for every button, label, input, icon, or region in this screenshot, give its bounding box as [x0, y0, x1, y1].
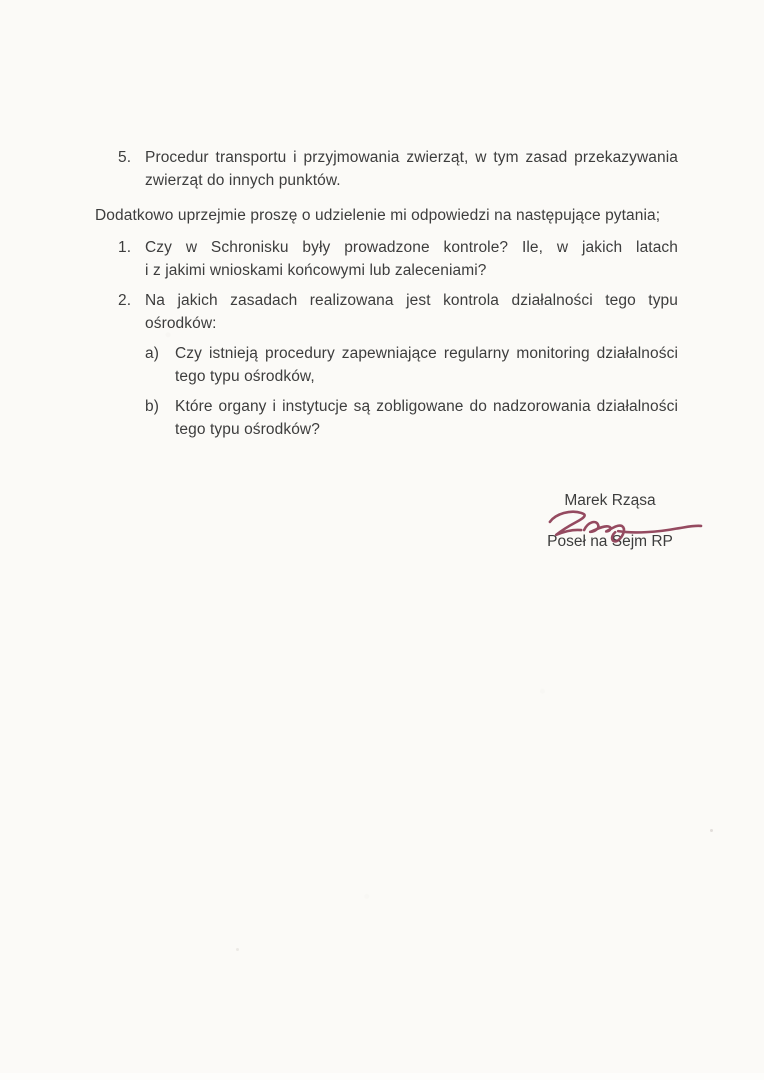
letter-body: 5. Procedur transportu i przyjmowania zw… — [95, 146, 678, 441]
text-line: i z jakimi wnioskami końcowymi lub zalec… — [145, 259, 678, 282]
text-line: zwierząt do innych punktów. — [145, 169, 678, 192]
list-number: 5. — [95, 146, 145, 192]
text-line: Czy istnieją procedury zapewniające regu… — [175, 342, 678, 365]
text-line: Które organy i instytucje są zobligowane… — [175, 395, 678, 418]
text-line: Czy w Schronisku były prowadzone kontrol… — [145, 236, 678, 259]
scan-speckle — [710, 829, 713, 832]
list-item-5: 5. Procedur transportu i przyjmowania zw… — [95, 146, 678, 192]
list-number: 2. — [95, 289, 145, 335]
scan-speckle — [236, 948, 239, 951]
list-marker: b) — [145, 395, 175, 441]
text-line: tego typu ośrodków, — [175, 365, 678, 388]
question-1: 1. Czy w Schronisku były prowadzone kont… — [95, 236, 678, 282]
text-line: ośrodków: — [145, 312, 678, 335]
sub-question-a: a) Czy istnieją procedury zapewniające r… — [95, 342, 678, 388]
text-line: tego typu ośrodków? — [175, 418, 678, 441]
scanned-letter-page: 5. Procedur transportu i przyjmowania zw… — [0, 0, 764, 1080]
scan-bottom-edge — [0, 1073, 764, 1080]
list-number: 1. — [95, 236, 145, 282]
question-2: 2. Na jakich zasadach realizowana jest k… — [95, 289, 678, 335]
text-line: Procedur transportu i przyjmowania zwier… — [145, 146, 678, 169]
sub-question-b: b) Które organy i instytucje są zobligow… — [95, 395, 678, 441]
list-marker: a) — [145, 342, 175, 388]
handwritten-signature — [537, 501, 708, 549]
signature-block: Marek Rząsa Poseł na Sejm RP — [497, 490, 723, 553]
text-line: Na jakich zasadach realizowana jest kont… — [145, 289, 678, 312]
intro-paragraph: Dodatkowo uprzejmie proszę o udzielenie … — [95, 204, 678, 227]
